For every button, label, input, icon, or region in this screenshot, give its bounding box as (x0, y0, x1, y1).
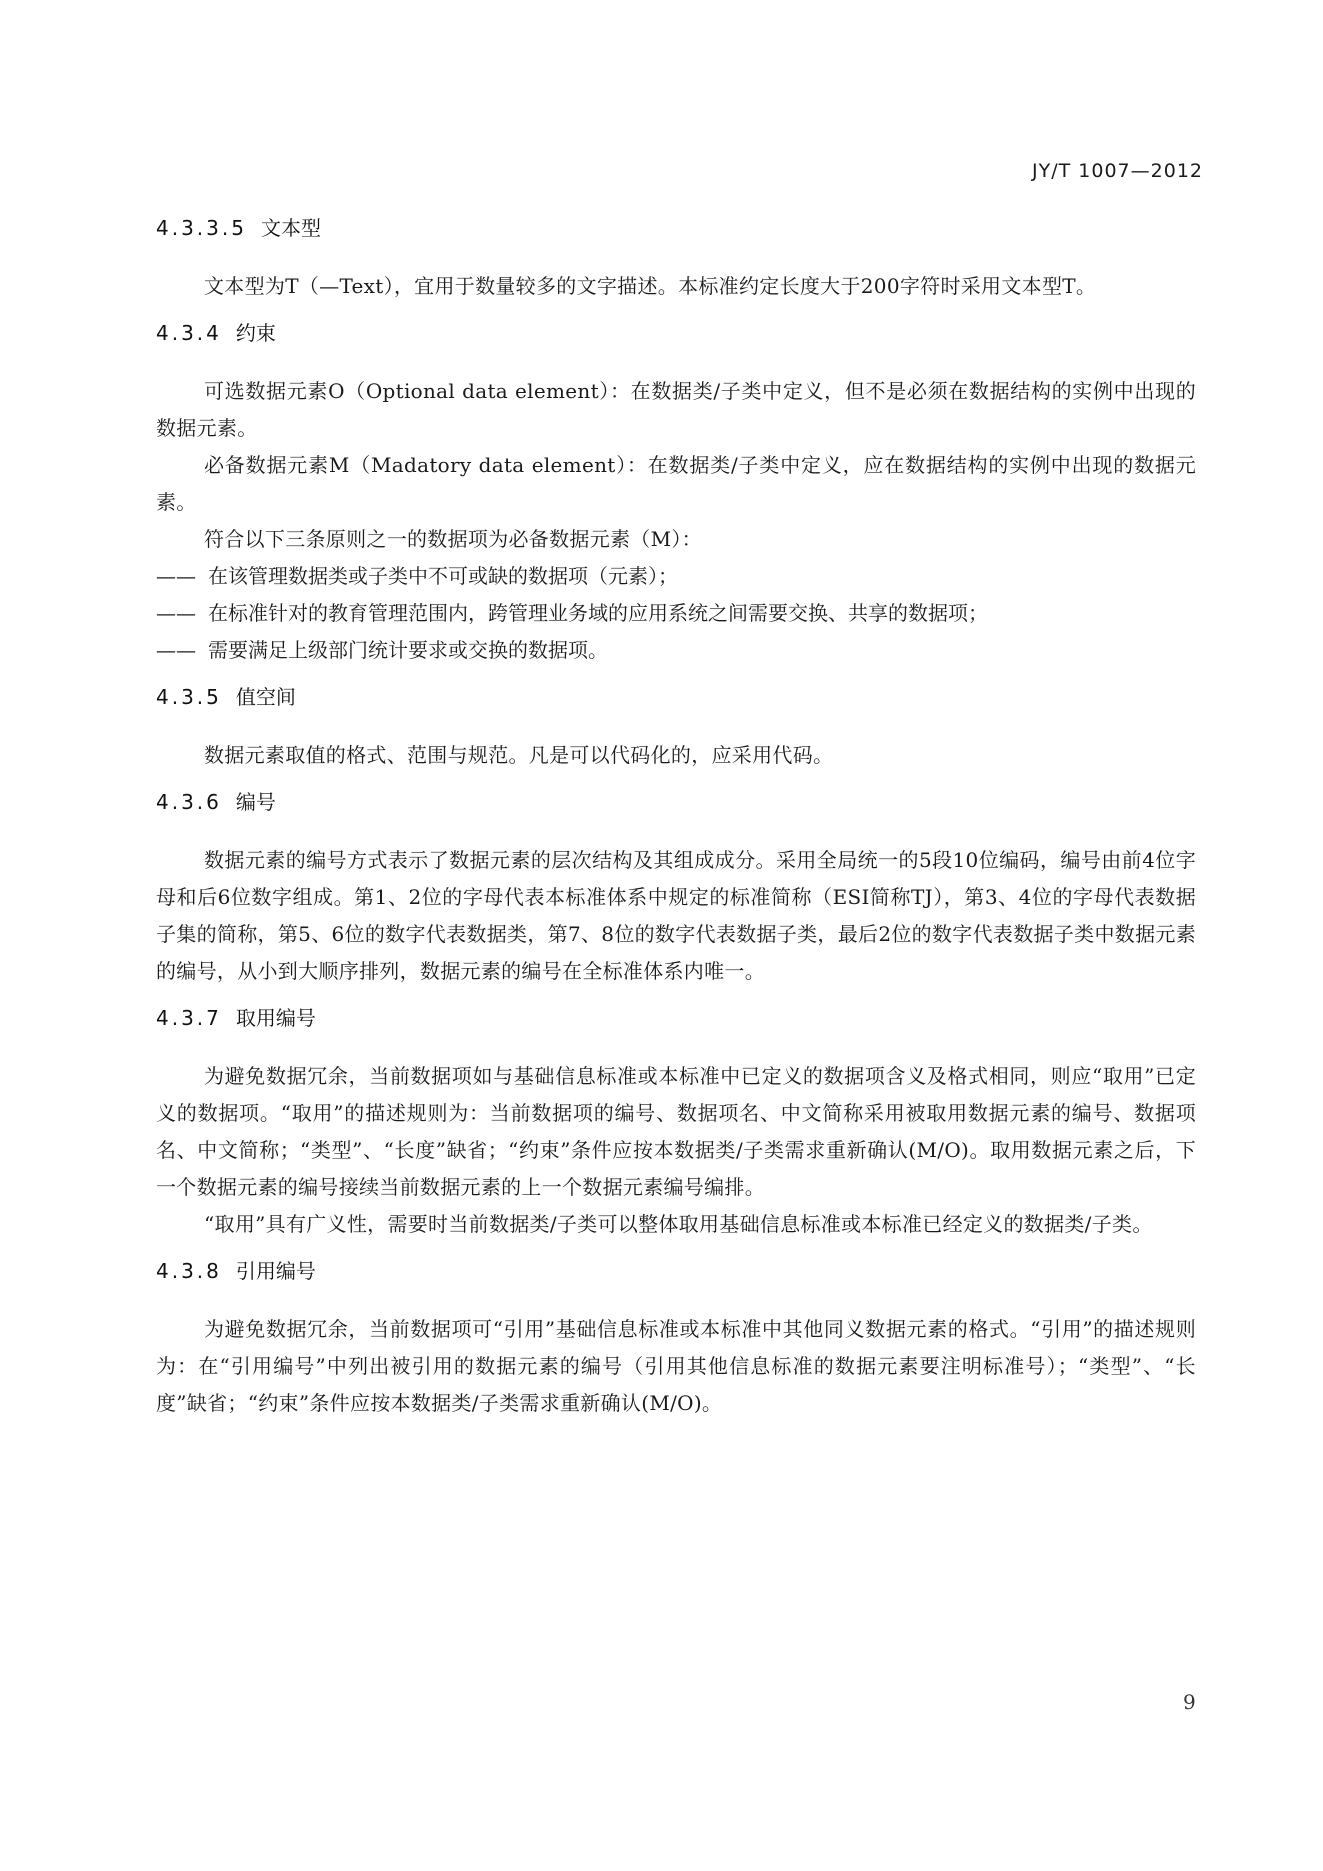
paragraph: 符合以下三条原则之一的数据项为必备数据元素（M）： (156, 521, 1196, 558)
section-heading: 4.3.8引用编号 (156, 1257, 1196, 1285)
section-heading: 4.3.7取用编号 (156, 1004, 1196, 1032)
section-heading: 4.3.6编号 (156, 788, 1196, 816)
paragraph: 可选数据元素O（Optional data element）：在数据类/子类中定… (156, 373, 1196, 447)
paragraph: 数据元素取值的格式、范围与规范。凡是可以代码化的，应采用代码。 (156, 737, 1196, 774)
list-item-text: 在标准针对的教育管理范围内，跨管理业务域的应用系统之间需要交换、共享的数据项； (208, 601, 988, 625)
section-4-3-5: 4.3.5值空间 数据元素取值的格式、范围与规范。凡是可以代码化的，应采用代码。 (156, 683, 1196, 774)
section-4-3-8: 4.3.8引用编号 为避免数据冗余，当前数据项可“引用”基础信息标准或本标准中其… (156, 1257, 1196, 1422)
list-item: ——需要满足上级部门统计要求或交换的数据项。 (156, 632, 1196, 669)
section-4-3-4: 4.3.4约束 可选数据元素O（Optional data element）：在… (156, 319, 1196, 669)
section-4-3-6: 4.3.6编号 数据元素的编号方式表示了数据元素的层次结构及其组成成分。采用全局… (156, 788, 1196, 990)
section-title: 引用编号 (236, 1259, 316, 1283)
document-body: 4.3.3.5文本型 文本型为T（—Text），宜用于数量较多的文字描述。本标准… (156, 214, 1196, 1436)
dash-bullet: —— (156, 558, 208, 595)
section-4-3-3-5: 4.3.3.5文本型 文本型为T（—Text），宜用于数量较多的文字描述。本标准… (156, 214, 1196, 305)
list-item-text: 需要满足上级部门统计要求或交换的数据项。 (208, 638, 608, 662)
paragraph: 文本型为T（—Text），宜用于数量较多的文字描述。本标准约定长度大于200字符… (156, 268, 1196, 305)
list-item: ——在标准针对的教育管理范围内，跨管理业务域的应用系统之间需要交换、共享的数据项… (156, 595, 1196, 632)
section-number: 4.3.4 (156, 321, 222, 345)
list-item-text: 在该管理数据类或子类中不可或缺的数据项（元素）； (208, 564, 678, 588)
section-title: 取用编号 (236, 1006, 316, 1030)
dash-bullet: —— (156, 595, 208, 632)
paragraph: 为避免数据冗余，当前数据项如与基础信息标准或本标准中已定义的数据项含义及格式相同… (156, 1058, 1196, 1206)
section-title: 文本型 (261, 216, 321, 240)
paragraph: 必备数据元素M（Madatory data element）：在数据类/子类中定… (156, 447, 1196, 521)
section-heading: 4.3.5值空间 (156, 683, 1196, 711)
section-number: 4.3.7 (156, 1006, 222, 1030)
section-number: 4.3.5 (156, 685, 222, 709)
paragraph: “取用”具有广义性，需要时当前数据类/子类可以整体取用基础信息标准或本标准已经定… (156, 1206, 1196, 1243)
paragraph: 为避免数据冗余，当前数据项可“引用”基础信息标准或本标准中其他同义数据元素的格式… (156, 1311, 1196, 1422)
section-number: 4.3.3.5 (156, 216, 247, 240)
section-number: 4.3.6 (156, 790, 222, 814)
standard-code-header: JY/T 1007—2012 (1032, 160, 1203, 182)
paragraph: 数据元素的编号方式表示了数据元素的层次结构及其组成成分。采用全局统一的5段10位… (156, 842, 1196, 990)
section-4-3-7: 4.3.7取用编号 为避免数据冗余，当前数据项如与基础信息标准或本标准中已定义的… (156, 1004, 1196, 1243)
section-heading: 4.3.3.5文本型 (156, 214, 1196, 242)
page-number: 9 (1183, 1690, 1196, 1714)
section-title: 值空间 (236, 685, 296, 709)
section-title: 约束 (236, 321, 276, 345)
section-number: 4.3.8 (156, 1259, 222, 1283)
section-title: 编号 (236, 790, 276, 814)
list-item: ——在该管理数据类或子类中不可或缺的数据项（元素）； (156, 558, 1196, 595)
section-heading: 4.3.4约束 (156, 319, 1196, 347)
dash-bullet: —— (156, 632, 208, 669)
